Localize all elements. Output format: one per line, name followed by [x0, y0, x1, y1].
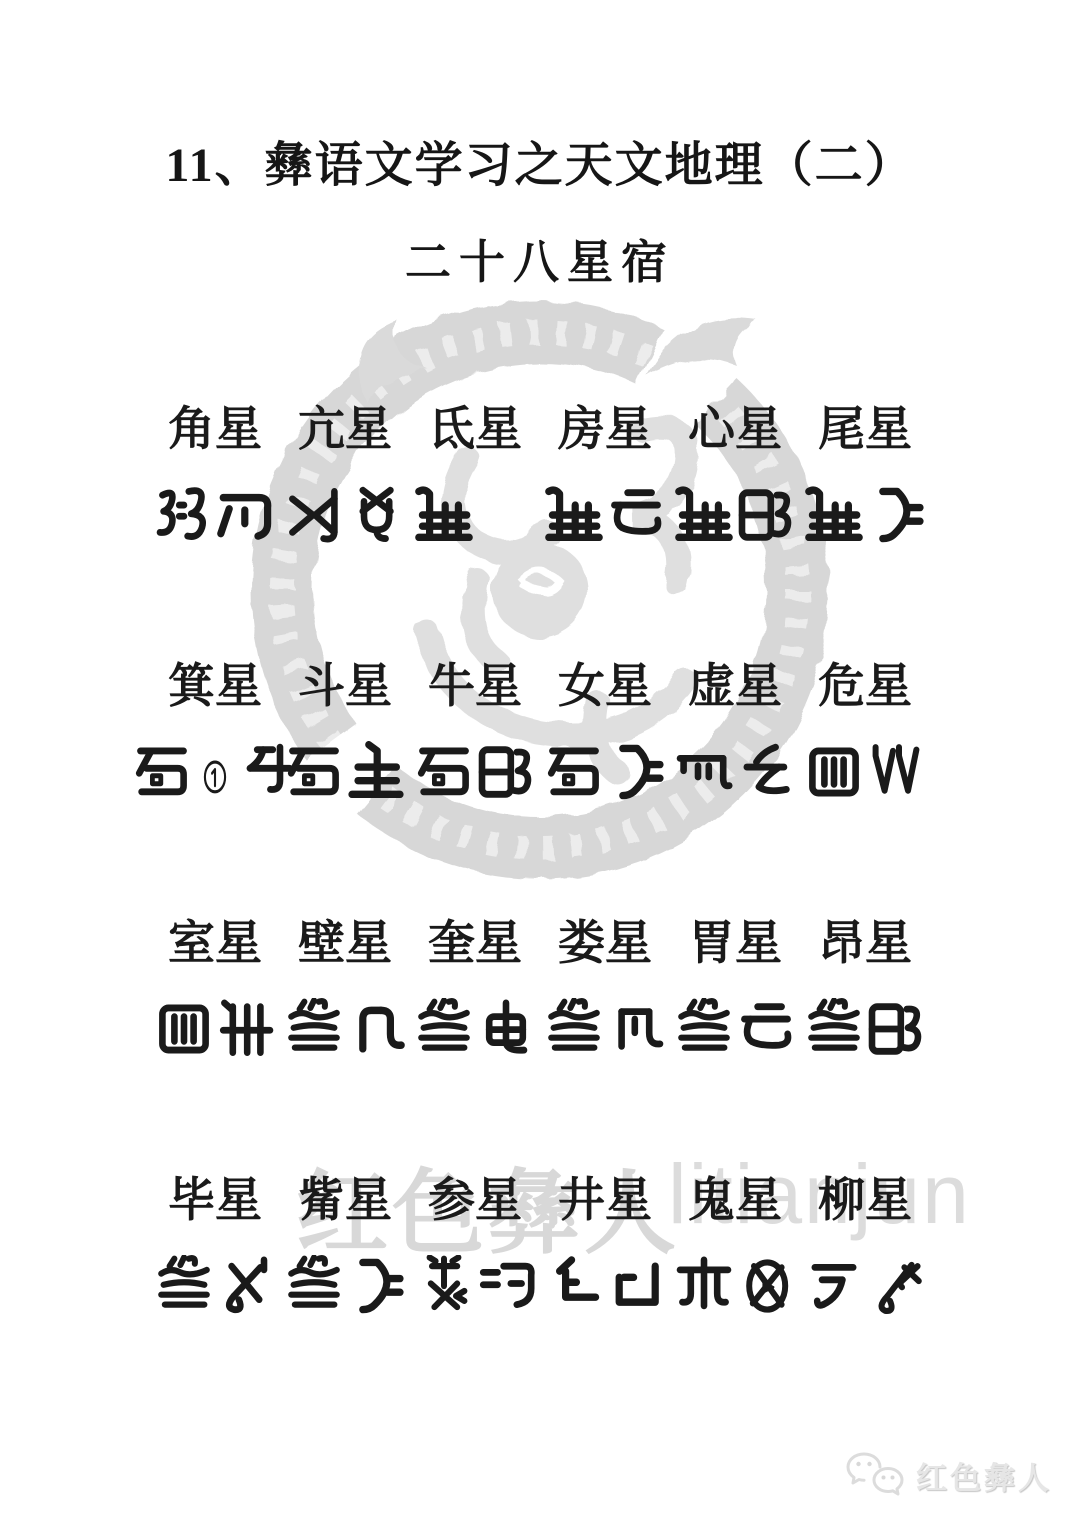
footer-brand-text: 红色彝人 [916, 1453, 1052, 1498]
yi-bai-glyph [414, 741, 474, 803]
yi-xu1-glyph [674, 741, 734, 803]
yi-script-word [132, 741, 298, 803]
yi-paren-glyph [866, 484, 926, 546]
yi-ji2-glyph [346, 998, 406, 1060]
mansion-label: 虚星 [688, 649, 782, 716]
mansion-row: 角星亢星氐星房星心星尾星 [150, 392, 930, 551]
yi-ri3-glyph [476, 741, 536, 803]
yi-script-word [804, 484, 926, 546]
mansion-label: 斗星 [298, 649, 392, 716]
yi-ri3-glyph [866, 998, 926, 1060]
yi-ri3-glyph [736, 484, 796, 546]
mansion-label: 房星 [558, 392, 652, 459]
yi-di2-glyph [476, 484, 536, 546]
mansion-label: 箕星 [168, 649, 262, 716]
mansion-label: 角星 [168, 392, 262, 459]
yi-can2-glyph [476, 1255, 536, 1317]
yi-jing1-glyph [544, 1255, 604, 1317]
mansion-label: 参星 [428, 1163, 522, 1230]
yi-script-word [804, 998, 926, 1060]
yi-script-word [544, 998, 666, 1060]
yi-paren-glyph [606, 741, 666, 803]
yi-shan-glyph [544, 484, 604, 546]
wechat-icon [844, 1450, 906, 1500]
yi-bai-glyph [284, 741, 344, 803]
footer-brand-block: 红色彝人 [844, 1450, 1052, 1500]
yi-dian-glyph [476, 998, 536, 1060]
yi-script-word [544, 1255, 666, 1317]
yi-jiao1-glyph [154, 484, 214, 546]
yi-kang1-glyph [284, 484, 344, 546]
mansion-label: 壁星 [298, 906, 392, 973]
yi-zhu-glyph [346, 741, 406, 803]
mansion-label: 鬼星 [688, 1163, 782, 1230]
mansion-label: 室星 [168, 906, 262, 973]
yi-ai-glyph [674, 998, 734, 1060]
yi-shan-glyph [414, 484, 474, 546]
yi-script-word [674, 998, 796, 1060]
yi-ai-glyph [544, 998, 604, 1060]
yi-script-word [674, 1255, 796, 1317]
yi-script-word [674, 484, 796, 546]
yi-ai-glyph [804, 998, 864, 1060]
yi-script-word [154, 1255, 276, 1317]
yi-script-word [154, 998, 276, 1060]
yi-kang2-glyph [346, 484, 406, 546]
mansion-label: 危星 [818, 649, 912, 716]
yi-script-word [284, 998, 406, 1060]
mansion-label: 柳星 [818, 1163, 912, 1230]
mansion-label: 心星 [688, 392, 782, 459]
yi-shan-glyph [674, 484, 734, 546]
yi-paren-glyph [346, 1255, 406, 1317]
mansion-table: 角星亢星氐星房星心星尾星箕星斗星牛星女星虚星危星室星壁星奎星娄星胃星昂星毕星觜星… [150, 392, 930, 1420]
yi-box3-glyph [154, 998, 214, 1060]
mansion-row: 箕星斗星牛星女星虚星危星 [150, 649, 930, 808]
yi-script-word [154, 484, 276, 546]
mansion-label: 娄星 [558, 906, 652, 973]
yi-script-word [544, 484, 666, 546]
yi-bai-glyph [132, 741, 192, 803]
mansion-label: 牛星 [428, 649, 522, 716]
yi-liu2-glyph [866, 1255, 926, 1317]
yi-script-word [804, 1255, 926, 1317]
yi-sha2-glyph [216, 998, 276, 1060]
yi-ai-glyph [284, 1255, 344, 1317]
yi-jing2-glyph [606, 1255, 666, 1317]
yi-circ1-glyph [194, 741, 236, 803]
yi-script-word [414, 484, 536, 546]
mansion-label: 女星 [558, 649, 652, 716]
mansion-label: 觜星 [298, 1163, 392, 1230]
yi-bai-glyph [544, 741, 604, 803]
yi-can1-glyph [414, 1255, 474, 1317]
mansion-label: 尾星 [818, 392, 912, 459]
yi-liu1-glyph [804, 1255, 864, 1317]
mansion-label: 奎星 [428, 906, 522, 973]
mansion-label: 胃星 [688, 906, 782, 973]
yi-ai-glyph [414, 998, 474, 1060]
yi-script-word [674, 741, 796, 803]
document-page: 11、彝语文学习之天文地理（二） 二十八星宿 角星亢星氐星房星心星尾星箕星斗星牛… [0, 0, 1080, 1526]
mansion-row: 室星壁星奎星娄星胃星昂星 [150, 906, 930, 1065]
yi-shan-glyph [804, 484, 864, 546]
yi-script-word [284, 741, 406, 803]
yi-gui1-glyph [674, 1255, 734, 1317]
mansion-label: 氐星 [428, 392, 522, 459]
yi-jiao2-glyph [216, 484, 276, 546]
yi-script-word [284, 484, 406, 546]
yi-ww-glyph [866, 741, 926, 803]
yi-script-word [544, 741, 666, 803]
yi-lou2-glyph [606, 998, 666, 1060]
yi-ai-glyph [154, 1255, 214, 1317]
yi-bi2-glyph [216, 1255, 276, 1317]
yi-script-word [284, 1255, 406, 1317]
mansion-label: 井星 [558, 1163, 652, 1230]
mansion-label: 昂星 [818, 906, 912, 973]
yi-gui2-glyph [736, 1255, 796, 1317]
yi-ai-glyph [284, 998, 344, 1060]
yi-xu2-glyph [736, 741, 796, 803]
mansion-row: 毕星觜星参星井星鬼星柳星 [150, 1163, 930, 1322]
yi-script-word [414, 741, 536, 803]
page-title: 11、彝语文学习之天文地理（二） [0, 126, 1080, 195]
yi-seat-glyph [606, 484, 666, 546]
mansion-label: 毕星 [168, 1163, 262, 1230]
page-subtitle: 二十八星宿 [0, 226, 1080, 292]
yi-script-word [414, 1255, 536, 1317]
yi-script-word [804, 741, 926, 803]
mansion-label: 亢星 [298, 392, 392, 459]
yi-seat-glyph [736, 998, 796, 1060]
yi-script-word [414, 998, 536, 1060]
yi-box3-glyph [804, 741, 864, 803]
